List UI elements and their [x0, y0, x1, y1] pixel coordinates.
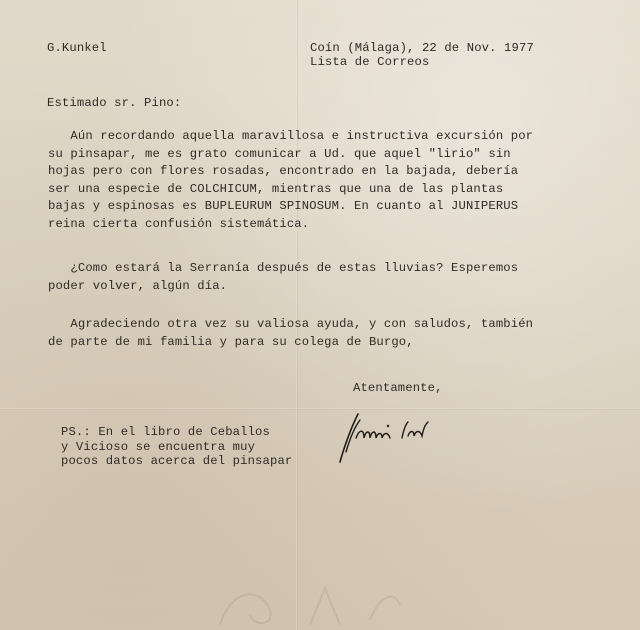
- horizontal-fold-line: [0, 408, 640, 410]
- salutation: Estimado sr. Pino:: [47, 96, 181, 110]
- closing: Atentamente,: [353, 381, 443, 395]
- poste-restante: Lista de Correos: [310, 55, 429, 69]
- postscript: PS.: En el libro de Ceballos y Vicioso s…: [61, 425, 292, 469]
- paragraph-serrania: ¿Como estará la Serranía después de esta…: [48, 260, 518, 295]
- letter-paper: [0, 0, 640, 630]
- paragraph-excursion: Aún recordando aquella maravillosa e ins…: [48, 128, 533, 233]
- place-and-date: Coín (Málaga), 22 de Nov. 1977: [310, 41, 534, 55]
- paragraph-thanks: Agradeciendo otra vez su valiosa ayuda, …: [48, 316, 533, 351]
- sender-name: G.Kunkel: [47, 41, 107, 55]
- watermark-icon: [200, 580, 460, 630]
- signature-icon: [336, 408, 456, 468]
- vertical-fold-line: [296, 0, 298, 630]
